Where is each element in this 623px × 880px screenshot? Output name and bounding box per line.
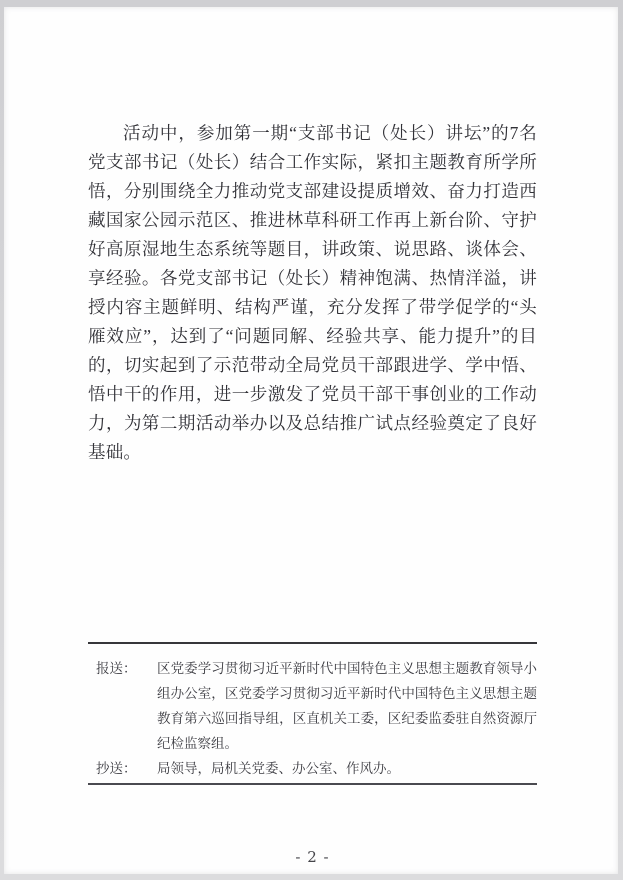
footer-divider-bottom [88,783,537,785]
copy-to-row: 抄送： 局领导，局机关党委、办公室、作风办。 [96,756,537,781]
copy-to-content: 局领导，局机关党委、办公室、作风办。 [157,756,537,781]
body-paragraph: 活动中，参加第一期“支部书记（处长）讲坛”的7名党支部书记（处长）结合工作实际，… [88,119,537,467]
footer-rows: 报送： 区党委学习贯彻习近平新时代中国特色主义思想主题教育领导小组办公室，区党委… [88,656,537,781]
page-number: - 2 - [88,847,537,867]
scanned-page-background: 活动中，参加第一期“支部书记（处长）讲坛”的7名党支部书记（处长）结合工作实际，… [0,0,623,880]
footer-block: 报送： 区党委学习贯彻习近平新时代中国特色主义思想主题教育领导小组办公室，区党委… [88,642,537,785]
report-to-content: 区党委学习贯彻习近平新时代中国特色主义思想主题教育领导小组办公室，区党委学习贯彻… [157,656,537,756]
page-content: 活动中，参加第一期“支部书记（处长）讲坛”的7名党支部书记（处长）结合工作实际，… [4,7,618,867]
document-page: 活动中，参加第一期“支部书记（处长）讲坛”的7名党支部书记（处长）结合工作实际，… [4,7,618,874]
footer-divider-top [88,642,537,644]
report-to-row: 报送： 区党委学习贯彻习近平新时代中国特色主义思想主题教育领导小组办公室，区党委… [96,656,537,756]
report-to-label: 报送： [96,656,157,756]
copy-to-label: 抄送： [96,756,157,781]
